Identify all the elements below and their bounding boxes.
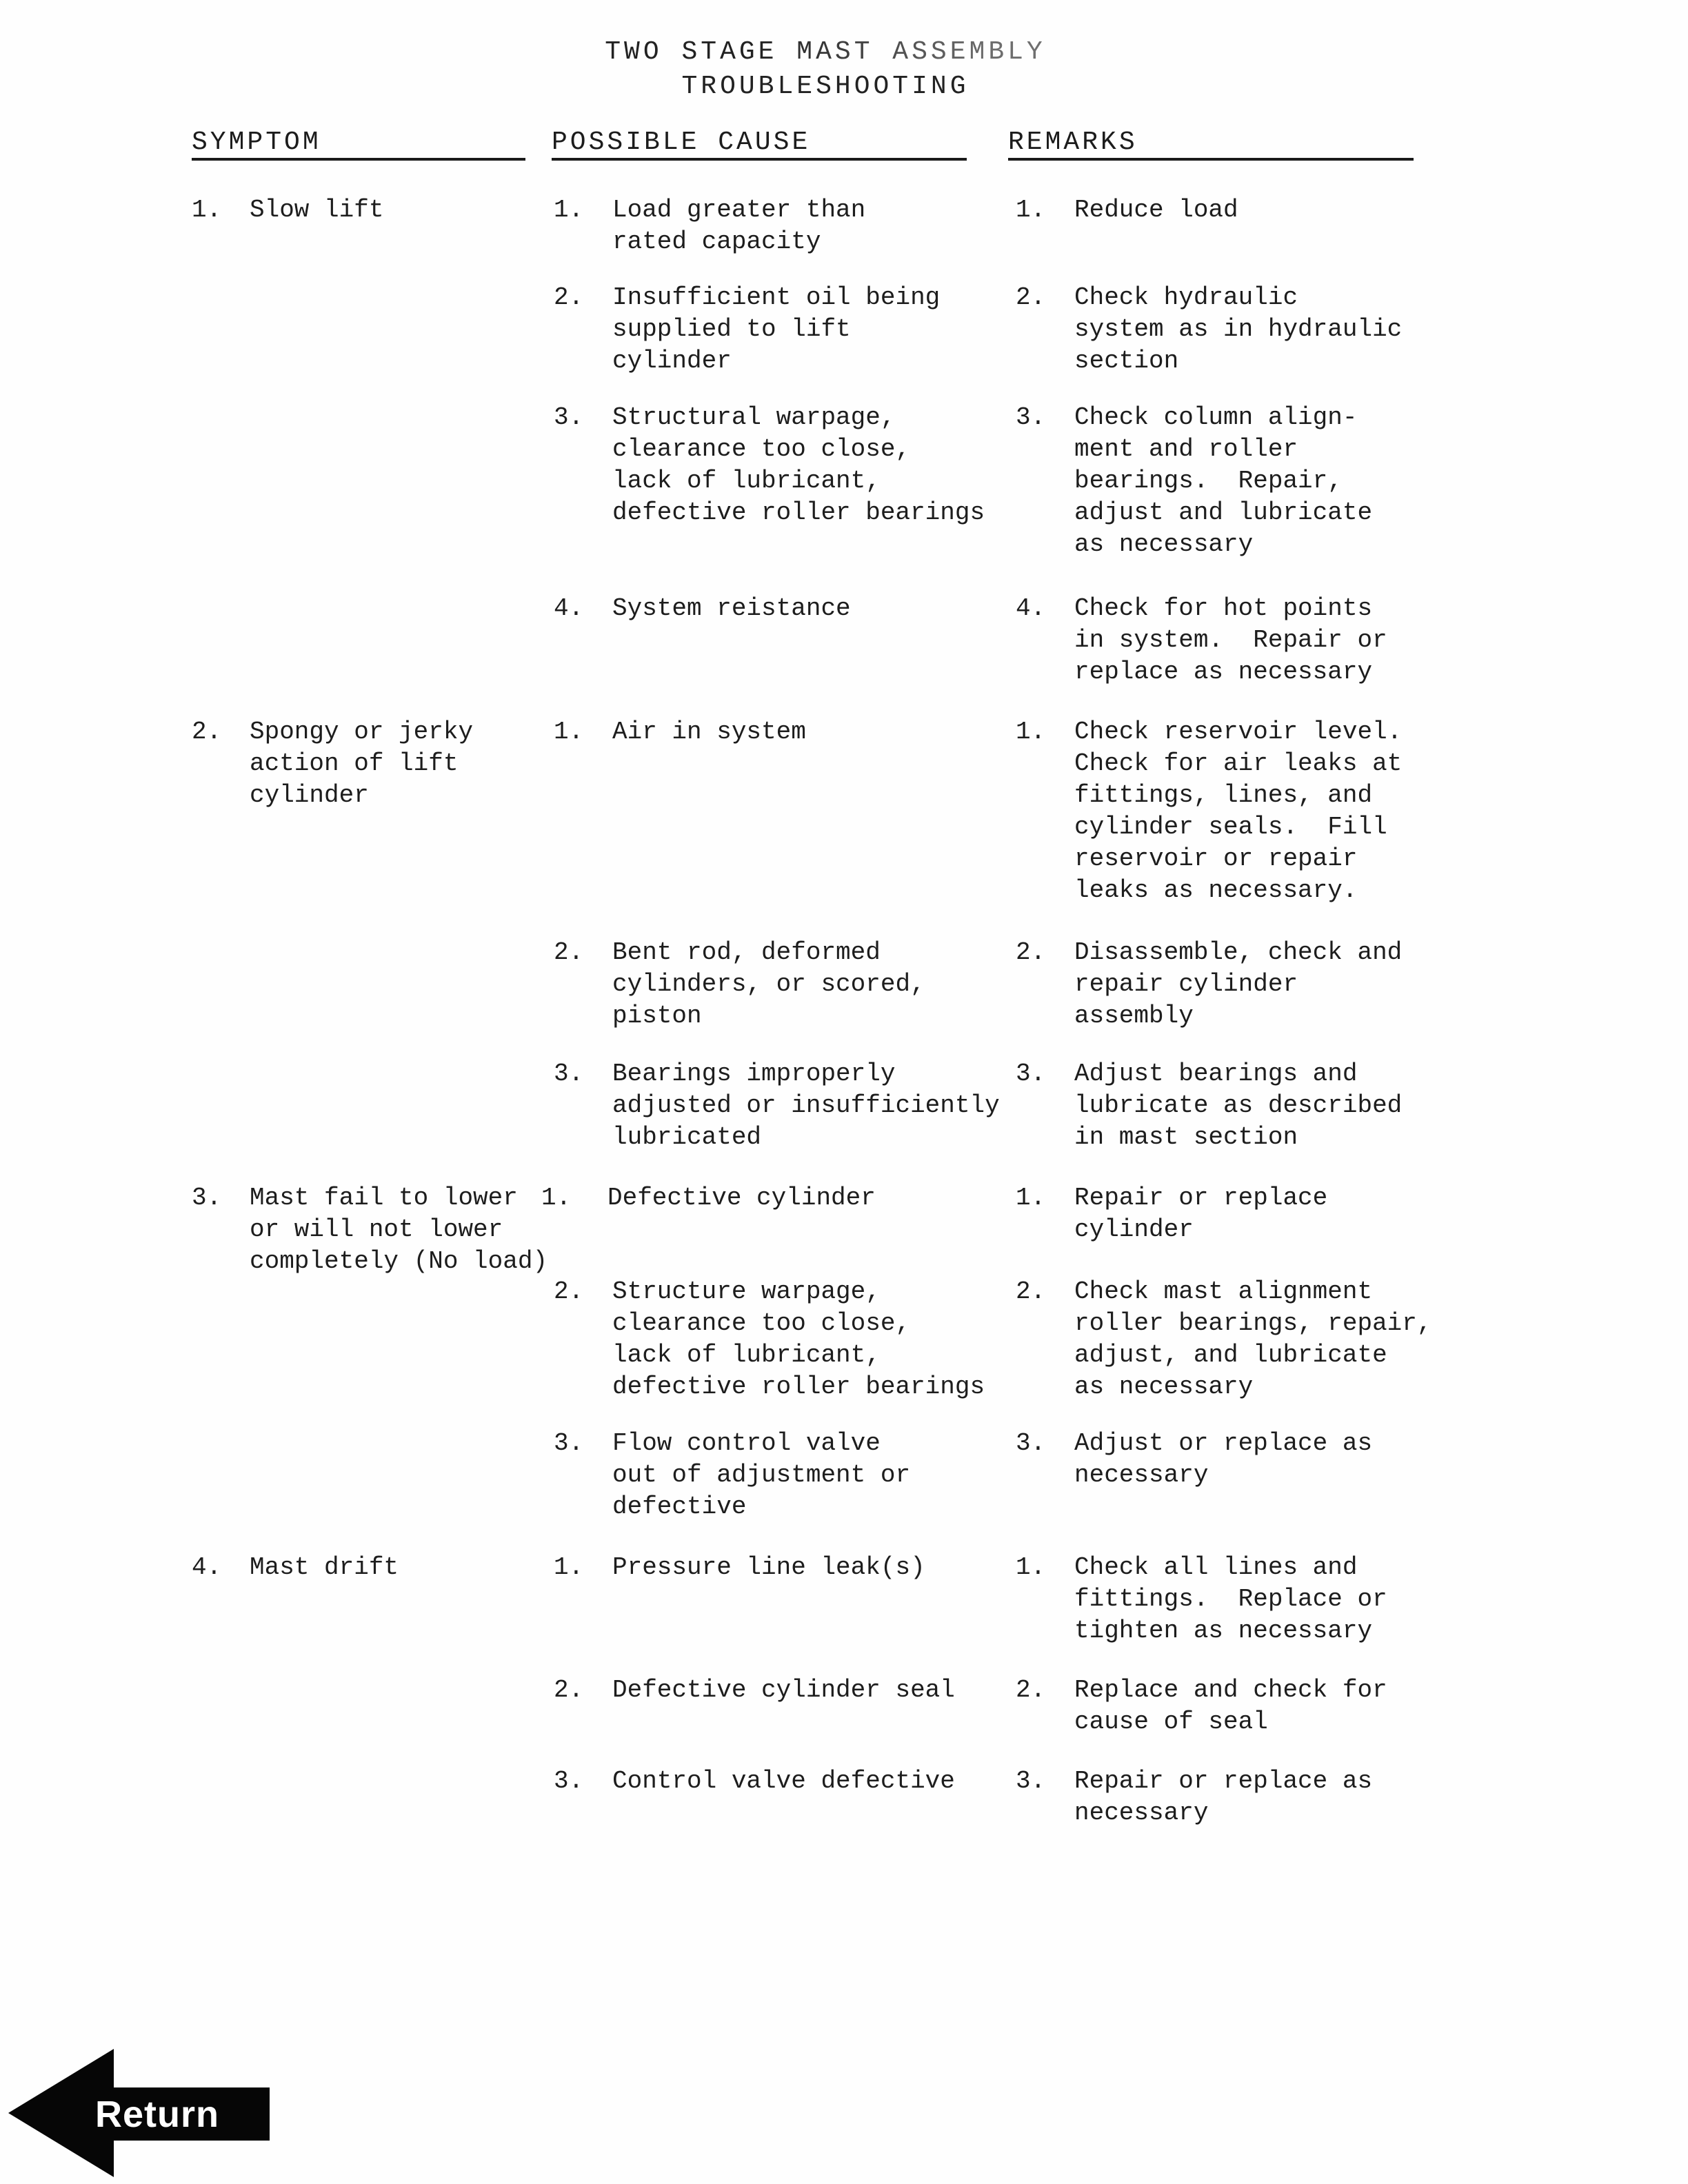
column-header-symptom: SYMPTOM xyxy=(192,127,321,159)
cause-text: Load greater than rated capacity xyxy=(612,194,865,258)
remark-cell: 3. Repair or replace as necessary xyxy=(1016,1766,1450,1829)
symptom-text: Slow lift xyxy=(250,194,383,226)
cause-text: Pressure line leak(s) xyxy=(612,1552,925,1584)
cause-text: Bent rod, deformed cylinders, or scored,… xyxy=(612,937,925,1032)
cause-number: 3. xyxy=(554,1058,612,1090)
remark-text: Reduce load xyxy=(1074,194,1238,226)
cause-cell: 2. Structure warpage, clearance too clos… xyxy=(554,1276,1002,1403)
cause-number: 3. xyxy=(554,1428,612,1459)
column-header-possible-cause: POSSIBLE CAUSE xyxy=(552,127,810,159)
remark-number: 2. xyxy=(1016,1276,1074,1308)
cause-text: Insufficient oil being supplied to lift … xyxy=(612,282,940,377)
cause-text: Air in system xyxy=(612,716,806,748)
remark-text: Adjust bearings and lubricate as describ… xyxy=(1074,1058,1402,1153)
symptom-cell: 2. Spongy or jerky action of lift cylind… xyxy=(192,716,550,811)
cause-number: 2. xyxy=(554,937,612,969)
symptom-cell: 4. Mast drift xyxy=(192,1552,550,1584)
remark-cell: 3. Adjust or replace as necessary xyxy=(1016,1428,1450,1491)
remark-cell: 2. Replace and check for cause of seal xyxy=(1016,1675,1450,1738)
cause-cell: 2. Bent rod, deformed cylinders, or scor… xyxy=(554,937,1002,1032)
remark-number: 2. xyxy=(1016,937,1074,969)
remark-number: 1. xyxy=(1016,1182,1074,1214)
cause-cell: 2. Insufficient oil being supplied to li… xyxy=(554,282,1002,377)
remark-text: Check reservoir level. Check for air lea… xyxy=(1074,716,1402,907)
cause-text: Bearings improperly adjusted or insuffic… xyxy=(612,1058,1000,1153)
remarks-header-underline xyxy=(1008,158,1414,161)
remark-number: 4. xyxy=(1016,593,1074,625)
remark-text: Check mast alignment roller bearings, re… xyxy=(1074,1276,1431,1403)
remark-cell: 3. Check column align- ment and roller b… xyxy=(1016,402,1450,560)
cause-cell: 4. System reistance xyxy=(554,593,1002,625)
symptom-number: 4. xyxy=(192,1552,250,1584)
remark-cell: 2. Disassemble, check and repair cylinde… xyxy=(1016,937,1450,1032)
cause-number: 1. xyxy=(554,194,612,226)
remark-number: 3. xyxy=(1016,1428,1074,1459)
page-title-line2: TROUBLESHOOTING xyxy=(0,70,1651,103)
cause-header-underline xyxy=(552,158,967,161)
cause-text: System reistance xyxy=(612,593,851,625)
cause-cell: 2. Defective cylinder seal xyxy=(554,1675,1002,1706)
symptom-text: Mast fail to lower or will not lower com… xyxy=(250,1182,547,1277)
cause-text: Structural warpage, clearance too close,… xyxy=(612,402,985,529)
cause-cell: 1. Pressure line leak(s) xyxy=(554,1552,1002,1584)
column-header-remarks: REMARKS xyxy=(1008,127,1138,159)
remark-text: Check all lines and fittings. Replace or… xyxy=(1074,1552,1387,1647)
cause-cell: 3. Control valve defective xyxy=(554,1766,1002,1797)
page-title-line1: TWO STAGE MAST ASSEMBLY xyxy=(0,36,1651,69)
cause-text: Control valve defective xyxy=(612,1766,955,1797)
cause-cell: 3. Bearings improperly adjusted or insuf… xyxy=(554,1058,1002,1153)
remark-cell: 2. Check mast alignment roller bearings,… xyxy=(1016,1276,1450,1403)
remark-cell: 4. Check for hot points in system. Repai… xyxy=(1016,593,1450,688)
remark-number: 1. xyxy=(1016,1552,1074,1584)
cause-number: 1. xyxy=(554,1552,612,1584)
cause-text: Flow control valve out of adjustment or … xyxy=(612,1428,910,1523)
remark-number: 3. xyxy=(1016,1766,1074,1797)
remark-text: Disassemble, check and repair cylinder a… xyxy=(1074,937,1402,1032)
remark-number: 1. xyxy=(1016,716,1074,748)
remark-cell: 2. Check hydraulic system as in hydrauli… xyxy=(1016,282,1450,377)
remark-text: Check for hot points in system. Repair o… xyxy=(1074,593,1387,688)
remark-text: Check column align- ment and roller bear… xyxy=(1074,402,1372,560)
cause-number: 1. xyxy=(541,1182,607,1214)
remark-number: 3. xyxy=(1016,402,1074,434)
return-button-label: Return xyxy=(76,2087,239,2141)
cause-number: 4. xyxy=(554,593,612,625)
remark-cell: 1. Reduce load xyxy=(1016,194,1450,226)
cause-cell: 3. Flow control valve out of adjustment … xyxy=(554,1428,1002,1523)
cause-cell: 1. Load greater than rated capacity xyxy=(554,194,1002,258)
remark-number: 1. xyxy=(1016,194,1074,226)
cause-number: 2. xyxy=(554,1675,612,1706)
remark-text: Adjust or replace as necessary xyxy=(1074,1428,1372,1491)
remark-cell: 1. Repair or replace cylinder xyxy=(1016,1182,1450,1246)
remark-text: Repair or replace cylinder xyxy=(1074,1182,1327,1246)
cause-number: 2. xyxy=(554,282,612,314)
symptom-header-underline xyxy=(192,158,525,161)
cause-number: 2. xyxy=(554,1276,612,1308)
remark-text: Replace and check for cause of seal xyxy=(1074,1675,1387,1738)
remark-number: 2. xyxy=(1016,1675,1074,1706)
remark-cell: 1. Check all lines and fittings. Replace… xyxy=(1016,1552,1450,1647)
symptom-cell: 1. Slow lift xyxy=(192,194,550,226)
symptom-text: Mast drift xyxy=(250,1552,399,1584)
remark-text: Repair or replace as necessary xyxy=(1074,1766,1372,1829)
cause-text: Defective cylinder seal xyxy=(612,1675,955,1706)
document-page: TWO STAGE MAST ASSEMBLY TROUBLESHOOTING … xyxy=(0,0,1688,2184)
return-button[interactable]: Return xyxy=(8,2049,270,2177)
cause-number: 1. xyxy=(554,716,612,748)
symptom-text: Spongy or jerky action of lift cylinder xyxy=(250,716,473,811)
remark-number: 2. xyxy=(1016,282,1074,314)
remark-number: 3. xyxy=(1016,1058,1074,1090)
symptom-cell: 3. Mast fail to lower or will not lower … xyxy=(192,1182,550,1277)
symptom-number: 3. xyxy=(192,1182,250,1214)
cause-number: 3. xyxy=(554,402,612,434)
cause-cell: 1. Air in system xyxy=(554,716,1002,748)
cause-cell: 3. Structural warpage, clearance too clo… xyxy=(554,402,1002,529)
symptom-number: 1. xyxy=(192,194,250,226)
remark-cell: 3. Adjust bearings and lubricate as desc… xyxy=(1016,1058,1450,1153)
cause-number: 3. xyxy=(554,1766,612,1797)
remark-cell: 1. Check reservoir level. Check for air … xyxy=(1016,716,1450,907)
symptom-number: 2. xyxy=(192,716,250,748)
cause-text: Structure warpage, clearance too close, … xyxy=(612,1276,985,1403)
remark-text: Check hydraulic system as in hydraulic s… xyxy=(1074,282,1402,377)
cause-text: Defective cylinder xyxy=(607,1182,876,1214)
cause-cell: 1. Defective cylinder xyxy=(541,1182,989,1214)
